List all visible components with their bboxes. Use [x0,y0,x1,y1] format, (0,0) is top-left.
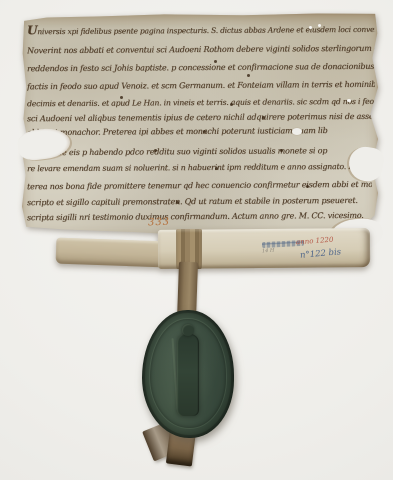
seal-shadow-layer [0,0,393,480]
photo-canvas: Universis xpi fidelibus psente pagina in… [0,0,393,480]
wax-seal [142,310,234,438]
seal-figure-head [182,324,194,336]
seal-standing-figure [177,334,199,416]
